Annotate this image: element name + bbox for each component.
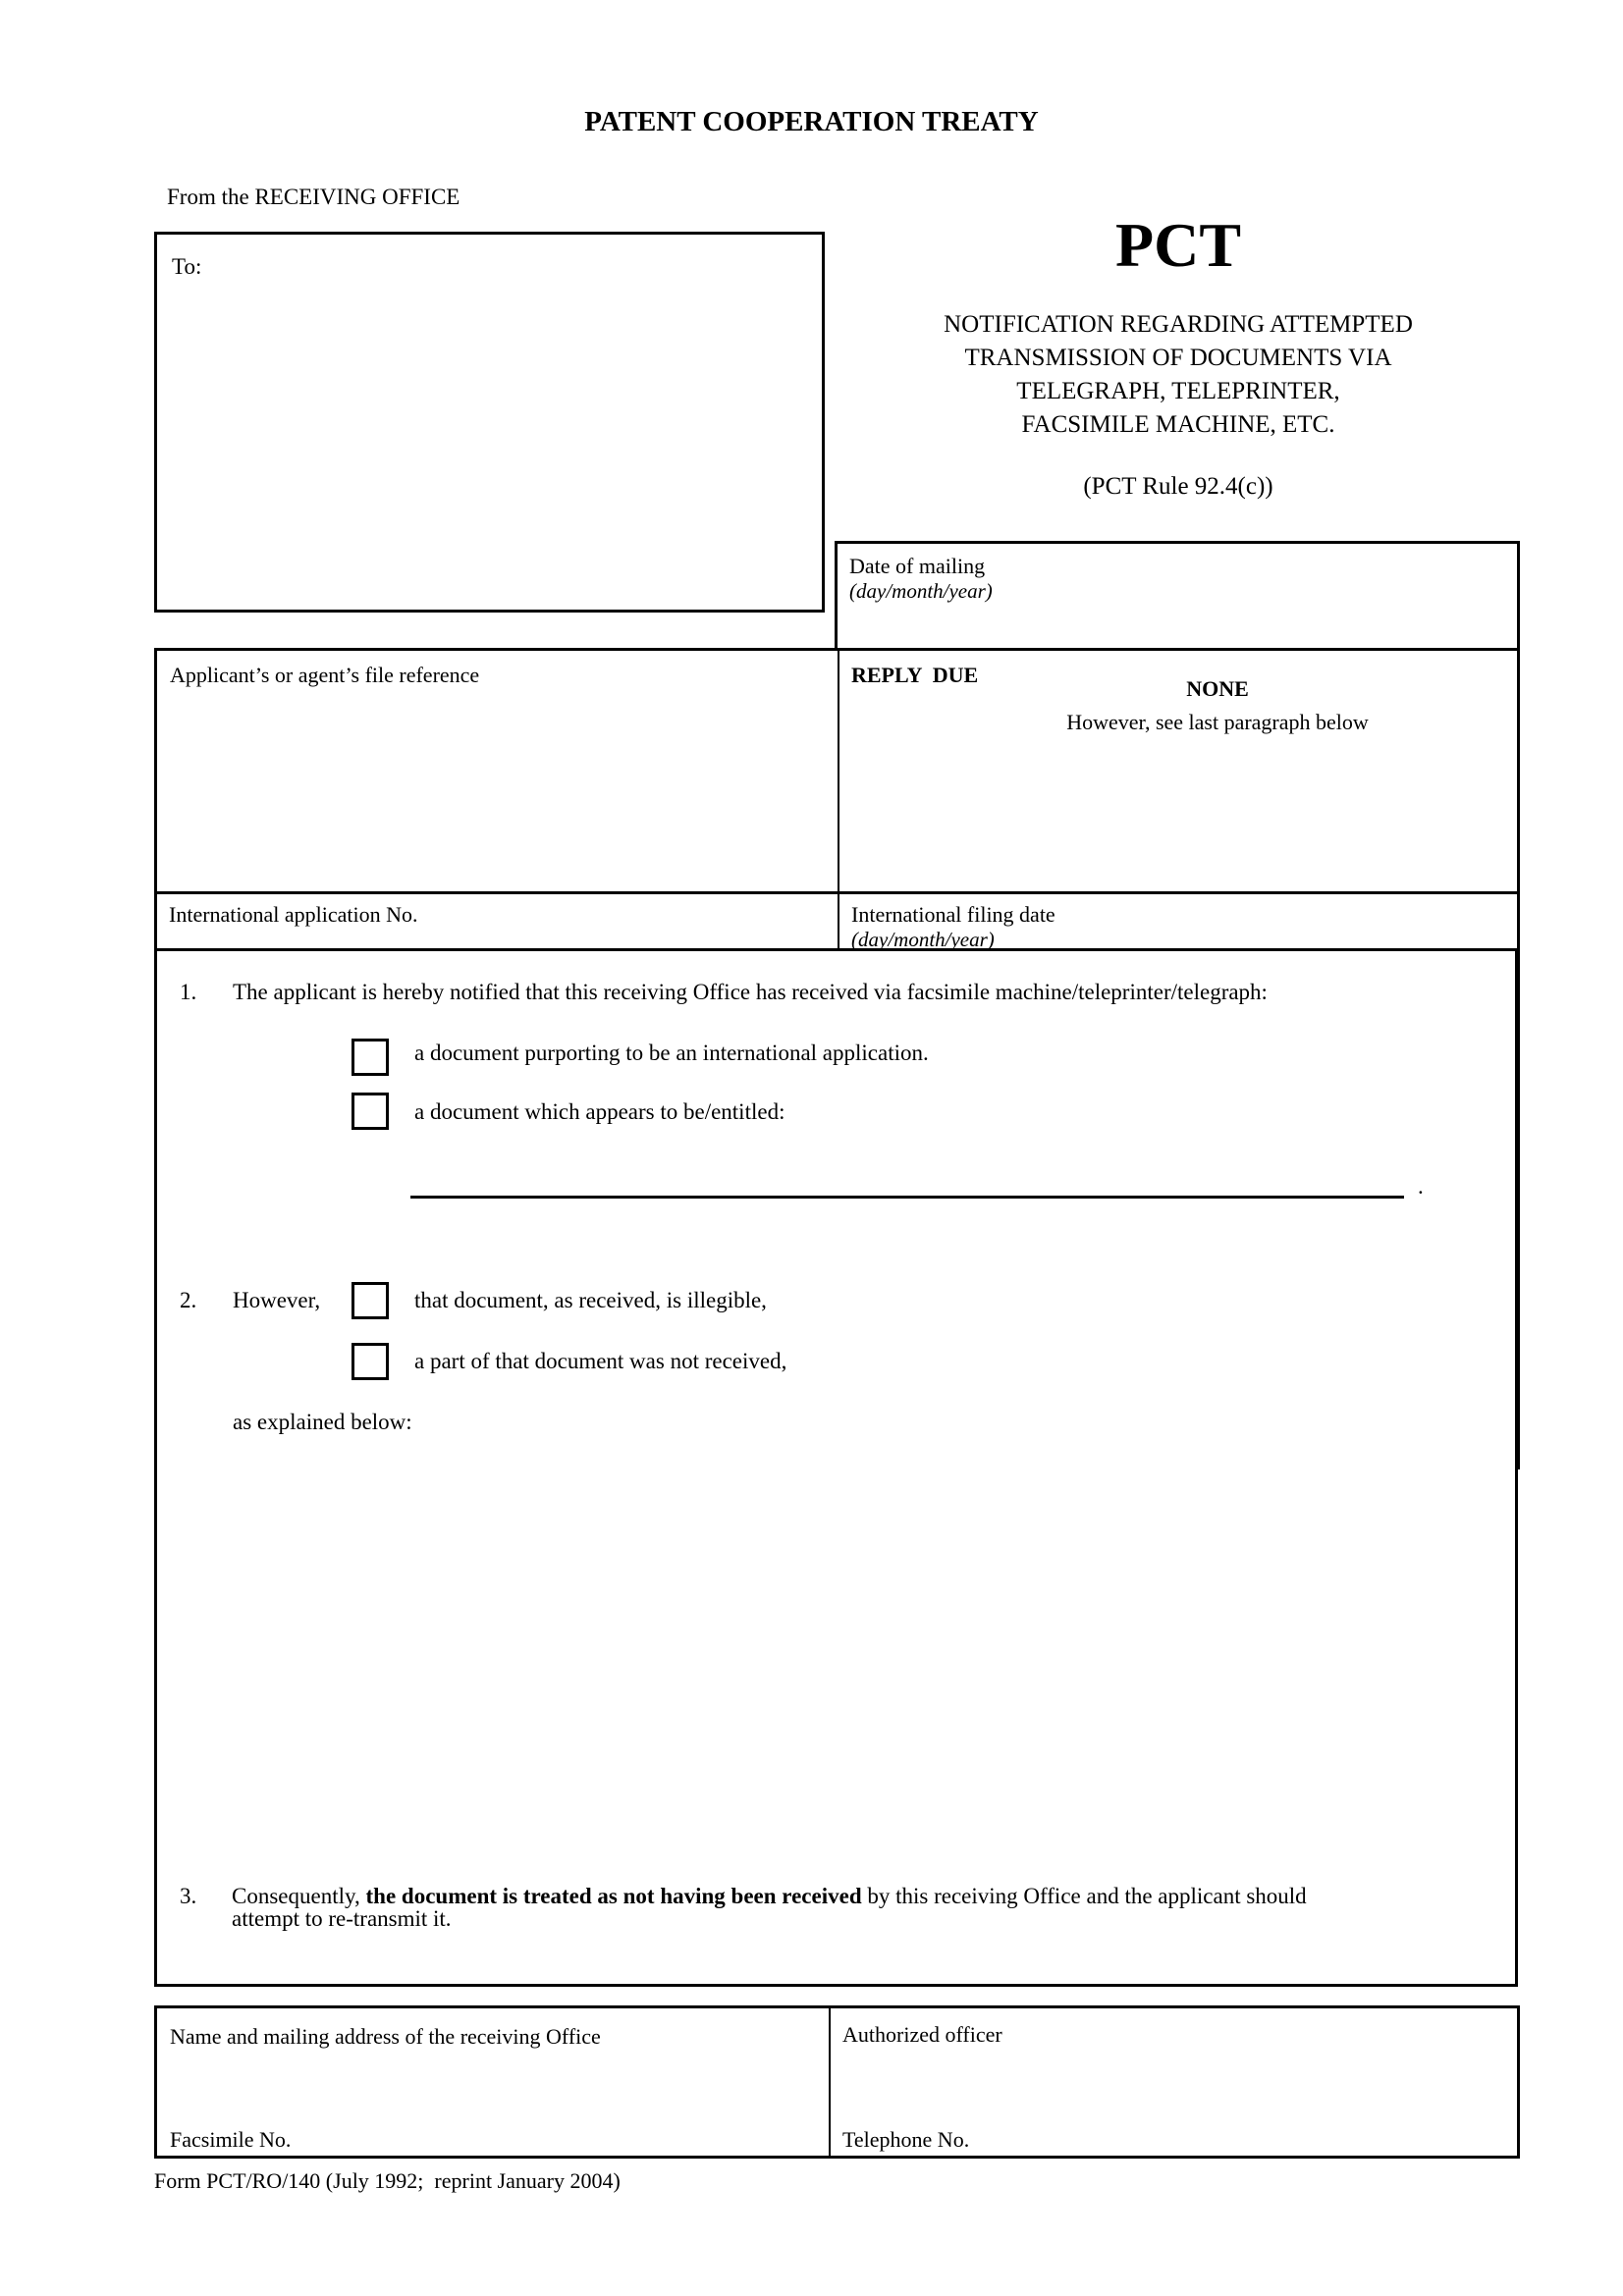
authorized-officer-label: Authorized officer	[842, 2022, 1002, 2048]
authorized-officer-field[interactable]: Authorized officer Telephone No.	[831, 2008, 1517, 2156]
entitled-line-period: .	[1418, 1174, 1424, 1200]
telephone-label: Telephone No.	[842, 2127, 969, 2153]
notification-line: TELEGRAPH, TELEPRINTER,	[835, 375, 1522, 408]
notification-line: NOTIFICATION REGARDING ATTEMPTED	[835, 308, 1522, 342]
notification-title: NOTIFICATION REGARDING ATTEMPTED TRANSMI…	[835, 308, 1522, 442]
notification-line: TRANSMISSION OF DOCUMENTS VIA	[835, 342, 1522, 375]
receiving-office-box: Name and mailing address of the receivin…	[154, 2005, 1520, 2159]
office-address-label: Name and mailing address of the receivin…	[170, 2024, 601, 2050]
date-of-mailing-label: Date of mailing	[849, 554, 985, 579]
file-reference-field[interactable]: Applicant’s or agent’s file reference	[157, 651, 838, 891]
checkbox-part-not-received[interactable]	[352, 1343, 389, 1380]
item1-number: 1.	[180, 980, 196, 1005]
item1-text: The applicant is hereby notified that th…	[233, 980, 1268, 1005]
option-part-not-received-label: a part of that document was not received…	[414, 1349, 786, 1374]
from-label: From the RECEIVING OFFICE	[167, 185, 460, 210]
notification-body-box: 1. The applicant is hereby notified that…	[154, 948, 1518, 1987]
checkbox-document-entitled[interactable]	[352, 1093, 389, 1130]
rule-reference: (PCT Rule 92.4(c))	[835, 473, 1522, 502]
item2-lead: However,	[233, 1288, 320, 1313]
option-document-entitled-label: a document which appears to be/entitled:	[414, 1099, 784, 1125]
application-number-label: International application No.	[169, 902, 418, 928]
reply-due-note: However, see last paragraph below	[839, 710, 1517, 735]
form-identifier: Form PCT/RO/140 (July 1992; reprint Janu…	[154, 2168, 621, 2194]
reply-due-section: REPLY DUE NONE However, see last paragra…	[839, 651, 1517, 891]
option-international-application-label: a document purporting to be an internati…	[414, 1041, 929, 1066]
date-of-mailing-field[interactable]: Date of mailing (day/month/year)	[835, 541, 1520, 652]
notification-line: FACSIMILE MACHINE, ETC.	[835, 408, 1522, 442]
item3-post: by this receiving Office and the applica…	[862, 1884, 1307, 1908]
pct-logo: PCT	[835, 214, 1522, 277]
filing-date-label: International filing date	[851, 902, 1055, 928]
document-title: PATENT COOPERATION TREATY	[0, 106, 1623, 138]
explained-below-label: as explained below:	[233, 1410, 412, 1435]
item2-number: 2.	[180, 1288, 196, 1313]
explanation-area[interactable]	[233, 1442, 1489, 1835]
file-reference-label: Applicant’s or agent’s file reference	[170, 663, 479, 688]
item3-line2: attempt to re-transmit it.	[232, 1906, 452, 1932]
to-address-box[interactable]: To:	[154, 232, 825, 613]
item3-number: 3.	[180, 1884, 196, 1909]
date-of-mailing-hint: (day/month/year)	[849, 579, 993, 604]
entitled-input-line[interactable]	[410, 1196, 1404, 1199]
item3-bold: the document is treated as not having be…	[366, 1884, 862, 1908]
reply-due-value: NONE	[839, 676, 1517, 702]
checkbox-international-application[interactable]	[352, 1039, 389, 1076]
item3-pre: Consequently,	[232, 1884, 366, 1908]
checkbox-illegible[interactable]	[352, 1282, 389, 1319]
office-address-field[interactable]: Name and mailing address of the receivin…	[157, 2008, 829, 2156]
facsimile-label: Facsimile No.	[170, 2127, 291, 2153]
option-illegible-label: that document, as received, is illegible…	[414, 1288, 767, 1313]
to-label: To:	[172, 254, 201, 280]
